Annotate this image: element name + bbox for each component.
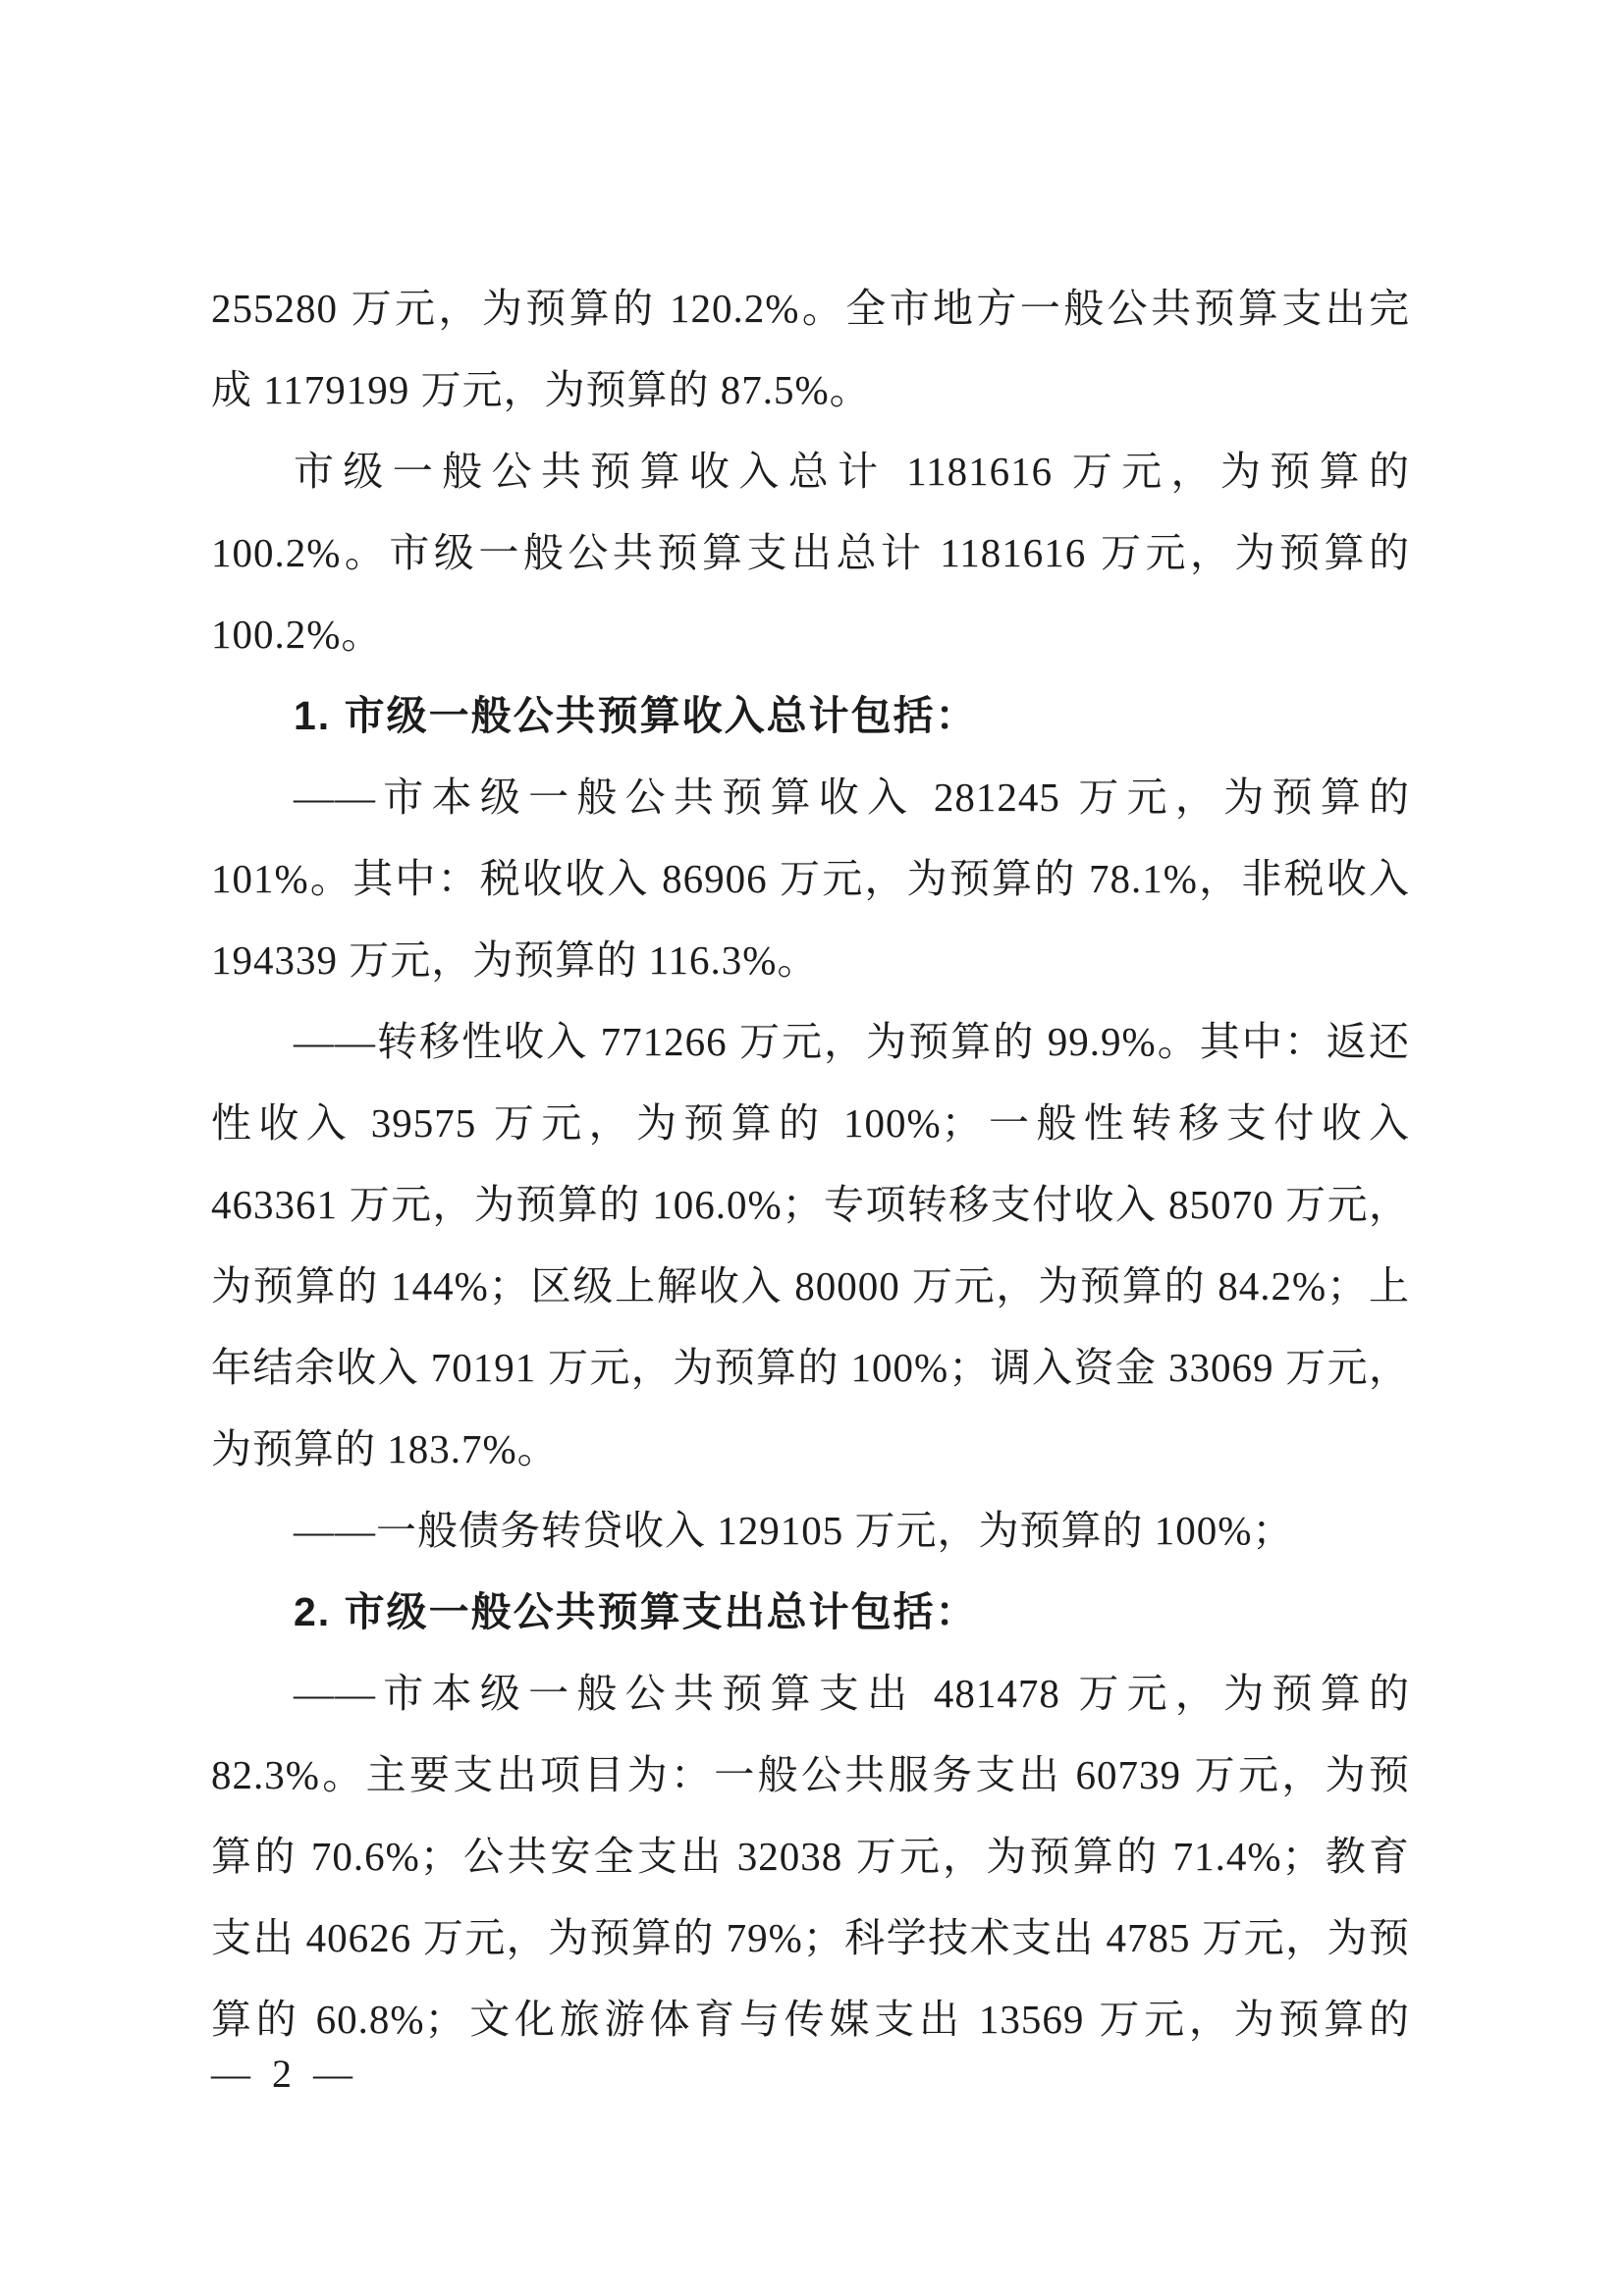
text-line: ——市本级一般公共预算支出 481478 万元，为预算的 <box>211 1653 1410 1735</box>
section-2-heading: 2. 市级一般公共预算支出总计包括： <box>211 1572 1410 1653</box>
text-line: 市级一般公共预算收入总计 1181616 万元，为预算的 <box>211 431 1410 512</box>
text-line: 性收入 39575 万元，为预算的 100%；一般性转移支付收入 <box>211 1083 1410 1164</box>
page-footer: — 2 — <box>211 2047 1410 2102</box>
document-page: 255280 万元，为预算的 120.2%。全市地方一般公共预算支出完 成 11… <box>0 0 1624 2296</box>
text-line: ——市本级一般公共预算收入 281245 万元，为预算的 <box>211 757 1410 838</box>
text-line: 成 1179199 万元，为预算的 87.5%。 <box>211 349 1410 431</box>
text-line: 82.3%。主要支出项目为：一般公共服务支出 60739 万元，为预 <box>211 1735 1410 1816</box>
text-line: 100.2%。市级一般公共预算支出总计 1181616 万元，为预算的 <box>211 512 1410 594</box>
text-line: ——转移性收入 771266 万元，为预算的 99.9%。其中：返还 <box>211 1001 1410 1083</box>
text-line: 255280 万元，为预算的 120.2%。全市地方一般公共预算支出完 <box>211 268 1410 349</box>
text-line: 年结余收入 70191 万元，为预算的 100%；调入资金 33069 万元， <box>211 1327 1410 1409</box>
text-line: 100.2%。 <box>211 594 1410 675</box>
page-number: — 2 — <box>211 2052 358 2096</box>
text-line: 101%。其中：税收收入 86906 万元，为预算的 78.1%，非税收入 <box>211 838 1410 920</box>
section-1-heading: 1. 市级一般公共预算收入总计包括： <box>211 675 1410 757</box>
text-line: 194339 万元，为预算的 116.3%。 <box>211 920 1410 1001</box>
text-line: 463361 万元，为预算的 106.0%；专项转移支付收入 85070 万元， <box>211 1164 1410 1246</box>
text-line: 支出 40626 万元，为预算的 79%；科学技术支出 4785 万元，为预 <box>211 1897 1410 1979</box>
document-body: 255280 万元，为预算的 120.2%。全市地方一般公共预算支出完 成 11… <box>211 268 1410 2060</box>
text-line: 为预算的 144%；区级上解收入 80000 万元，为预算的 84.2%；上 <box>211 1246 1410 1327</box>
text-line: 算的 70.6%；公共安全支出 32038 万元，为预算的 71.4%；教育 <box>211 1816 1410 1897</box>
text-line: ——一般债务转贷收入 129105 万元，为预算的 100%； <box>211 1490 1410 1572</box>
text-line: 为预算的 183.7%。 <box>211 1409 1410 1490</box>
